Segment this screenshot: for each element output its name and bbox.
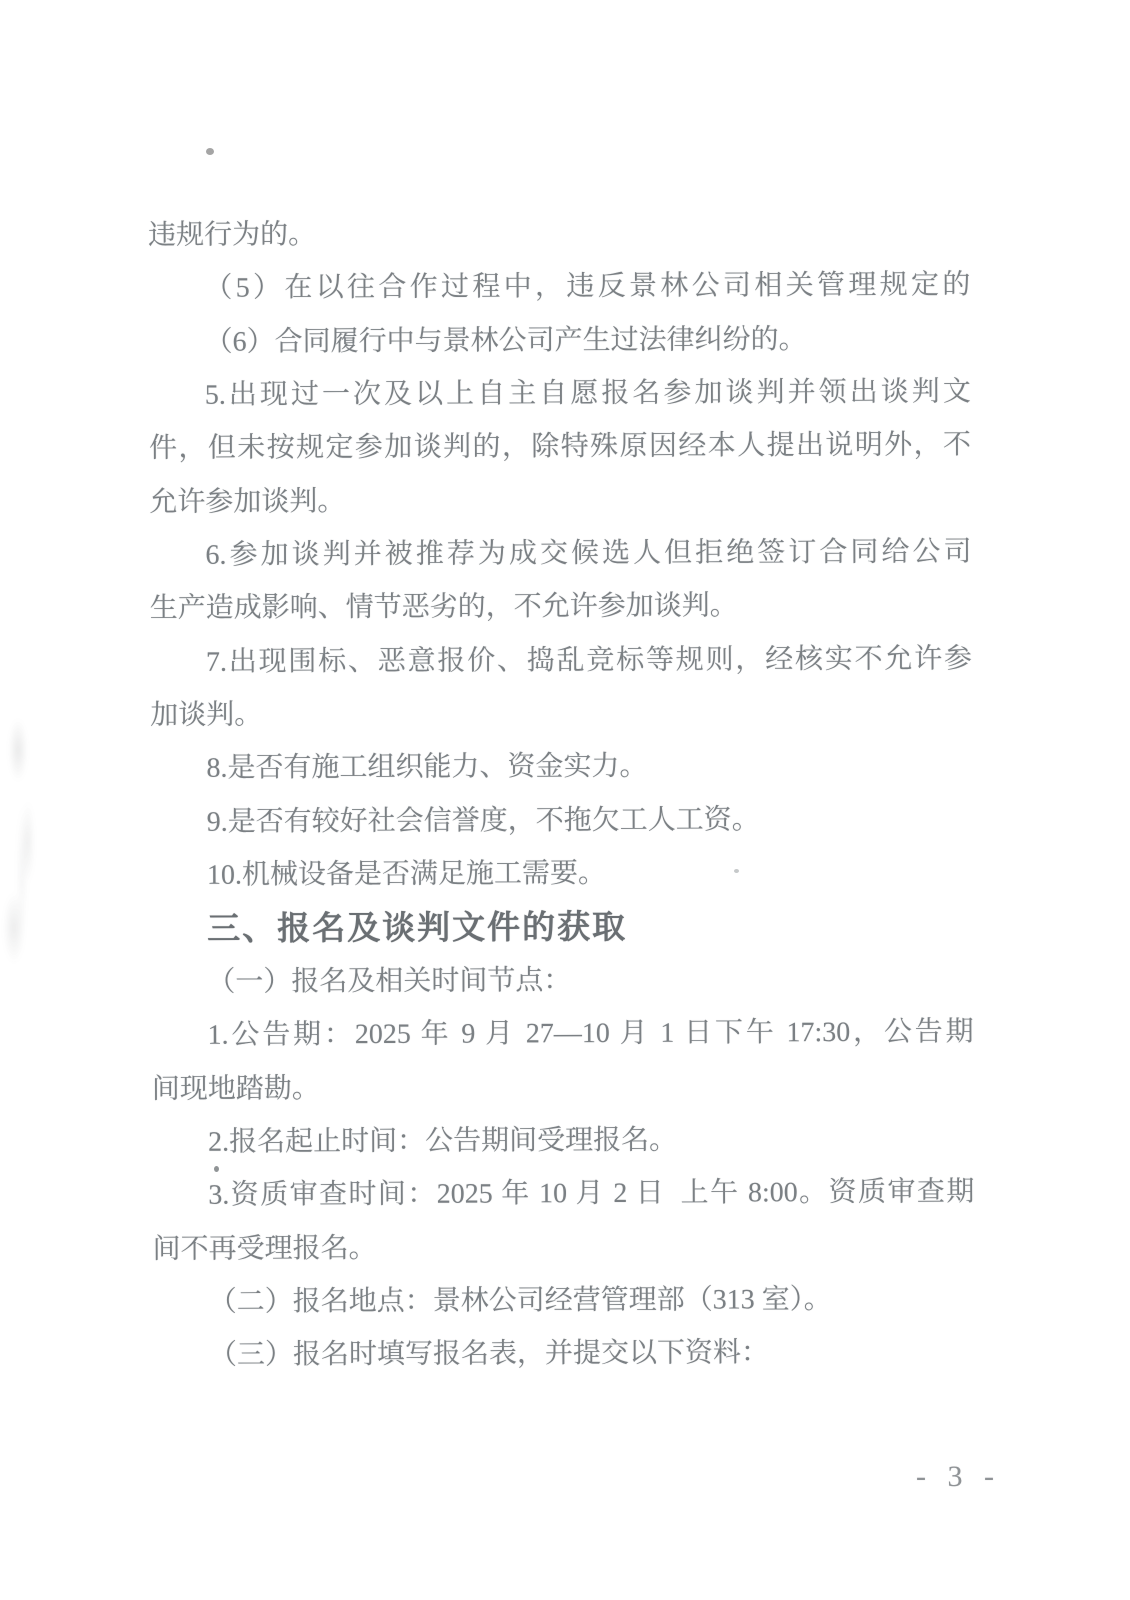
text-line: （5）在以往合作过程中，违反景林公司相关管理规定的	[148, 259, 970, 316]
text-line: 9.是否有较好社会信誉度，不拖欠工人工资。	[151, 792, 973, 849]
text-line: 间不再受理报名。	[152, 1219, 974, 1276]
text-line: 间现地踏勘。	[152, 1059, 974, 1116]
text-line: 6.参加谈判并被推荐为成交候选人但拒绝签订合同给公司	[149, 525, 971, 582]
scanned-document-page: 违规行为的。（5）在以往合作过程中，违反景林公司相关管理规定的（6）合同履行中与…	[0, 0, 1130, 1600]
text-line: 7.出现围标、恶意报价、捣乱竞标等规则，经核实不允许参	[150, 632, 972, 689]
section-heading: 三、报名及谈判文件的获取	[151, 899, 973, 956]
text-line: 生产造成影响、情节恶劣的，不允许参加谈判。	[150, 579, 972, 636]
text-line: 允许参加谈判。	[149, 472, 971, 529]
text-line: （三）报名时填写报名表，并提交以下资料：	[153, 1326, 975, 1383]
left-margin-scan-smudge	[2, 692, 46, 1002]
text-line: （二）报名地点：景林公司经营管理部（313 室）。	[153, 1272, 975, 1329]
text-line: 10.机械设备是否满足施工需要。	[151, 846, 973, 903]
text-line: 1.公告期：2025 年 9 月 27—10 月 1 日下午 17:30，公告期	[151, 1006, 973, 1063]
page-number: - 3 -	[916, 1460, 1001, 1494]
text-line: 加谈判。	[150, 686, 972, 743]
text-line: （一）报名及相关时间节点：	[151, 952, 973, 1009]
text-line: 2.报名起止时间：公告期间受理报名。	[152, 1112, 974, 1169]
text-line: （6）合同履行中与景林公司产生过法律纠纷的。	[148, 312, 970, 369]
text-line: 3.资质审查时间：2025 年 10 月 2 日 上午 8:00。资质审查期	[152, 1166, 974, 1223]
document-body: 违规行为的。（5）在以往合作过程中，违反景林公司相关管理规定的（6）合同履行中与…	[148, 205, 975, 1382]
text-line: 件，但未按规定参加谈判的，除特殊原因经本人提出说明外，不	[149, 419, 971, 476]
text-line: 违规行为的。	[148, 205, 970, 262]
text-line: 8.是否有施工组织能力、资金实力。	[150, 739, 972, 796]
text-line: 5.出现过一次及以上自主自愿报名参加谈判并领出谈判文	[149, 365, 971, 422]
scan-speck-top	[206, 148, 214, 155]
